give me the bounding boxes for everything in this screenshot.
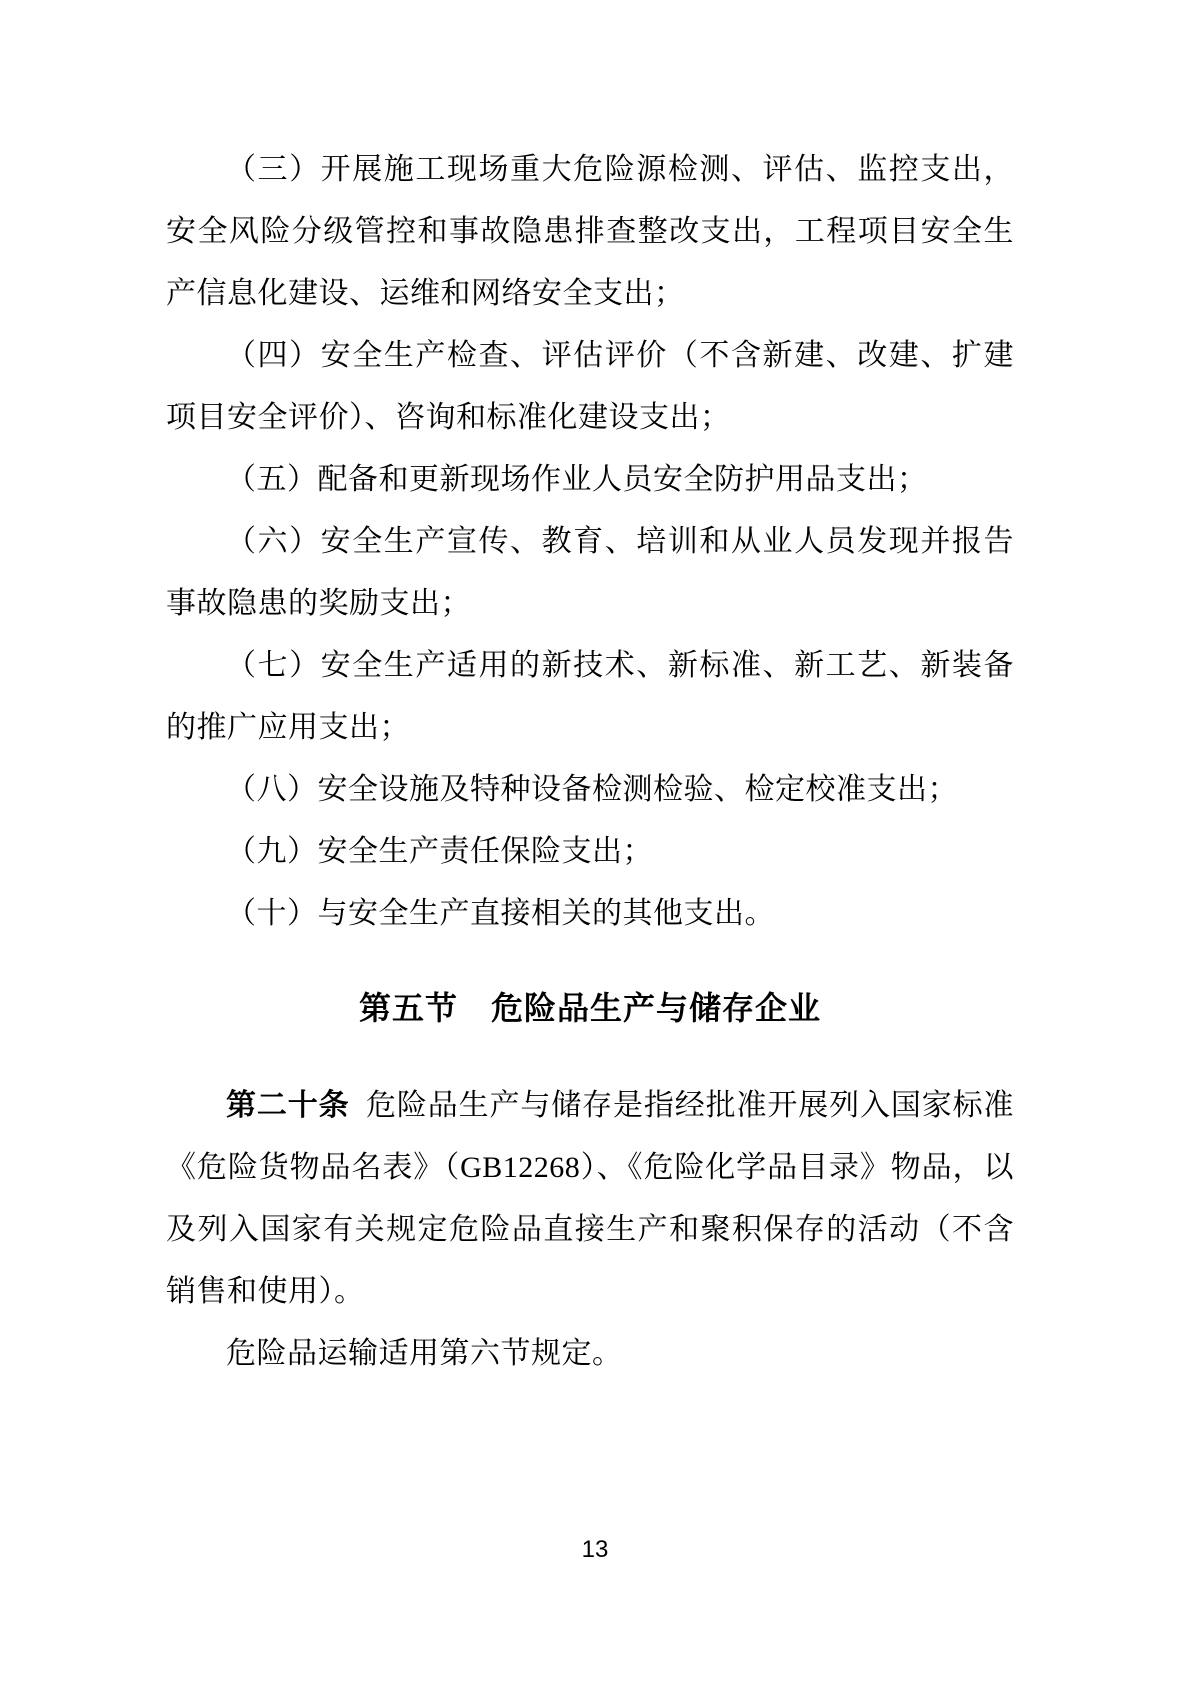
clause-9-paragraph: （九）安全生产责任保险支出； [166,821,1014,883]
clause-3-paragraph: （三）开展施工现场重大危险源检测、评估、监控支出，安全风险分级管控和事故隐患排查… [166,139,1014,325]
clause-4-paragraph: （四）安全生产检查、评估评价（不含新建、改建、扩建项目安全评价）、咨询和标准化建… [166,325,1014,449]
clause-10-paragraph: （十）与安全生产直接相关的其他支出。 [166,883,1014,945]
section-heading: 第五节 危险品生产与储存企业 [166,977,1014,1039]
closing-paragraph: 危险品运输适用第六节规定。 [166,1323,1014,1385]
clause-8-paragraph: （八）安全设施及特种设备检测检验、检定校准支出； [166,759,1014,821]
clause-6-paragraph: （六）安全生产宣传、教育、培训和从业人员发现并报告事故隐患的奖励支出； [166,511,1014,635]
article-20-number: 第二十条 [226,1089,350,1122]
text-block: （三）开展施工现场重大危险源检测、评估、监控支出，安全风险分级管控和事故隐患排查… [166,139,1014,1385]
clause-5-paragraph: （五）配备和更新现场作业人员安全防护用品支出； [166,449,1014,511]
page-number: 13 [0,1536,1190,1564]
clause-7-paragraph: （七）安全生产适用的新技术、新标准、新工艺、新装备的推广应用支出； [166,635,1014,759]
document-page: （三）开展施工现场重大危险源检测、评估、监控支出，安全风险分级管控和事故隐患排查… [0,0,1190,1683]
article-20-paragraph: 第二十条危险品生产与储存是指经批准开展列入国家标准《危险货物品名表》（GB122… [166,1075,1014,1323]
